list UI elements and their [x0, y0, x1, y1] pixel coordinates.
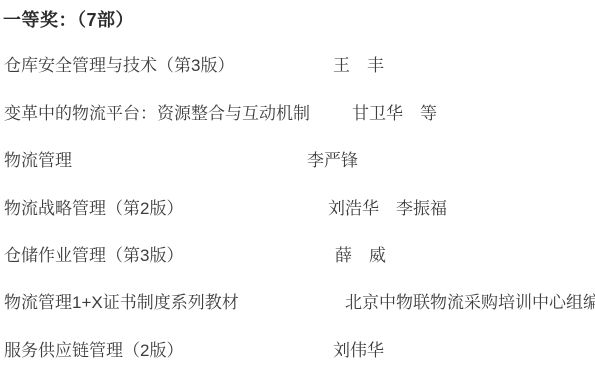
book-title: 仓储作业管理（第3版） [4, 241, 183, 266]
book-author: 刘伟华 [333, 336, 384, 361]
book-title: 物流管理 [4, 146, 72, 171]
book-row: 物流战略管理（第2版） 刘浩华 李振福 [4, 194, 595, 218]
section-heading-first-prize: 一等奖：（7部） [3, 6, 134, 32]
book-author: 甘卫华 等 [352, 99, 437, 124]
book-author: 李严锋 [307, 146, 358, 171]
book-row: 仓储作业管理（第3版） 薛 威 [4, 241, 595, 265]
book-title: 服务供应链管理（2版） [4, 336, 183, 361]
book-author: 北京中物联物流采购培训中心组编 [345, 288, 595, 313]
book-author: 薛 威 [335, 241, 386, 266]
book-row: 仓库安全管理与技术（第3版） 王 丰 [4, 51, 595, 75]
award-list-page: 一等奖：（7部） 仓库安全管理与技术（第3版） 王 丰 变革中的物流平台：资源整… [0, 0, 595, 386]
book-author: 刘浩华 李振福 [328, 194, 447, 219]
book-row: 物流管理 李严锋 [4, 146, 595, 170]
book-row: 物流管理1+X证书制度系列教材 北京中物联物流采购培训中心组编 [4, 288, 595, 312]
book-title: 物流管理1+X证书制度系列教材 [4, 288, 239, 313]
book-title: 变革中的物流平台：资源整合与互动机制 [4, 99, 310, 124]
book-row: 变革中的物流平台：资源整合与互动机制 甘卫华 等 [4, 99, 595, 123]
book-title: 仓库安全管理与技术（第3版） [4, 51, 234, 76]
book-row: 服务供应链管理（2版） 刘伟华 [4, 336, 595, 360]
book-author: 王 丰 [333, 51, 384, 76]
book-title: 物流战略管理（第2版） [4, 194, 183, 219]
